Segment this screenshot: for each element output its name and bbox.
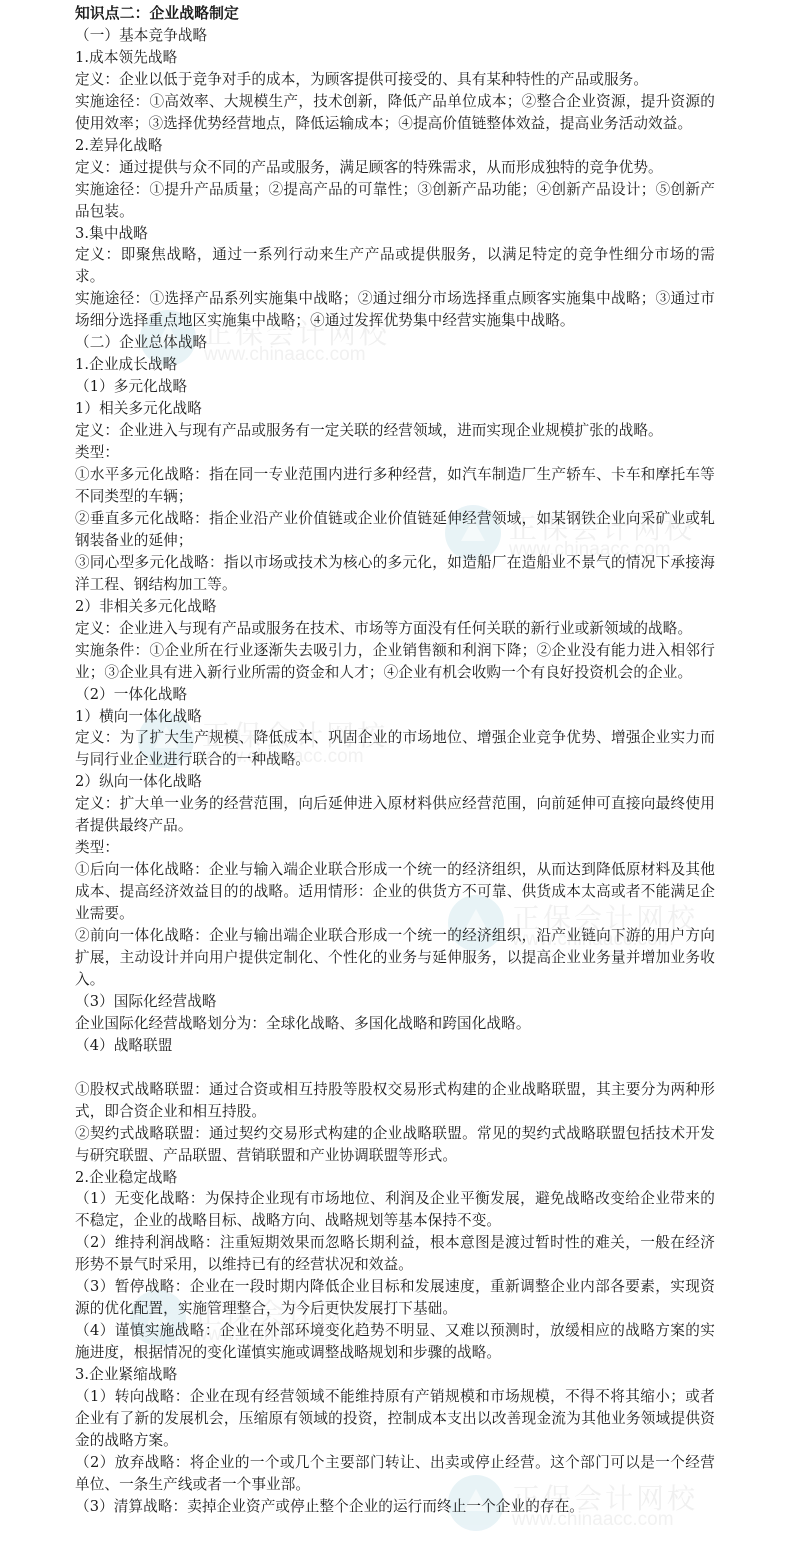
subsection-heading: 2.企业稳定战略 [75, 1167, 715, 1189]
paragraph: 定义：企业进入与现有产品或服务有一定关联的经营领域，进而实现企业规模扩张的战略。 [75, 420, 715, 442]
paragraph: ①水平多元化战略：指在同一专业范围内进行多种经营，如汽车制造厂生产轿车、卡车和摩… [75, 464, 715, 508]
paragraph: ③同心型多元化战略：指以市场或技术为核心的多元化，如造船厂在造船业不景气的情况下… [75, 552, 715, 596]
paragraph: 定义：通过提供与众不同的产品或服务，满足顾客的特殊需求，从而形成独特的竞争优势。 [75, 157, 715, 179]
item-heading: （2）一体化战略 [75, 684, 715, 706]
label: 类型： [75, 837, 715, 859]
subsection-heading: 2.差异化战略 [75, 135, 715, 157]
paragraph: 定义：企业进入与现有产品或服务在技术、市场等方面没有任何关联的新行业或新领域的战… [75, 618, 715, 640]
paragraph: （2）维持利润战略：注重短期效果而忽略长期利益，根本意图是渡过暂时性的难关，一般… [75, 1232, 715, 1276]
subsection-heading: 1.成本领先战略 [75, 47, 715, 69]
blank-line [75, 1057, 715, 1079]
item-heading: 1）横向一体化战略 [75, 706, 715, 728]
paragraph: 实施条件：①企业所在行业逐渐失去吸引力，企业销售额和利润下降；②企业没有能力进入… [75, 640, 715, 684]
paragraph: 定义：为了扩大生产规模、降低成本、巩固企业的市场地位、增强企业竞争优势、增强企业… [75, 727, 715, 771]
item-heading: 2）纵向一体化战略 [75, 771, 715, 793]
item-heading: （3）国际化经营战略 [75, 991, 715, 1013]
paragraph: ①后向一体化战略：企业与输入端企业联合形成一个统一的经济组织，从而达到降低原材料… [75, 859, 715, 925]
subsection-heading: 1.企业成长战略 [75, 354, 715, 376]
section-heading: （一）基本竞争战略 [75, 25, 715, 47]
paragraph: 定义：扩大单一业务的经营范围，向后延伸进入原材料供应经营范围，向前延伸可直接向最… [75, 793, 715, 837]
paragraph: （3）暂停战略：企业在一段时期内降低企业目标和发展速度，重新调整企业内部各要素，… [75, 1276, 715, 1320]
paragraph: （3）清算战略：卖掉企业资产或停止整个企业的运行而终止一个企业的存在。 [75, 1496, 715, 1518]
paragraph: 定义：即聚焦战略，通过一系列行动来生产产品或提供服务，以满足特定的竞争性细分市场… [75, 244, 715, 288]
subsection-heading: 3.集中战略 [75, 223, 715, 245]
paragraph: （4）谨慎实施战略：企业在外部环境变化趋势不明显、又难以预测时，放缓相应的战略方… [75, 1320, 715, 1364]
paragraph: 实施途径：①提升产品质量；②提高产品的可靠性；③创新产品功能；④创新产品设计；⑤… [75, 179, 715, 223]
section-heading: （二）企业总体战略 [75, 332, 715, 354]
paragraph: 实施途径：①选择产品系列实施集中战略；②通过细分市场选择重点顾客实施集中战略；③… [75, 288, 715, 332]
paragraph: ②前向一体化战略：企业与输出端企业联合形成一个统一的经济组织，沿产业链向下游的用… [75, 925, 715, 991]
paragraph: （1）无变化战略：为保持企业现有市场地位、利润及企业平衡发展，避免战略改变给企业… [75, 1188, 715, 1232]
paragraph: ②契约式战略联盟：通过契约交易形式构建的企业战略联盟。常见的契约式战略联盟包括技… [75, 1123, 715, 1167]
label: 类型： [75, 442, 715, 464]
item-heading: （1）多元化战略 [75, 376, 715, 398]
paragraph: ①股权式战略联盟：通过合资或相互持股等股权交易形式构建的企业战略联盟，其主要分为… [75, 1079, 715, 1123]
paragraph: 实施途径：①高效率、大规模生产，技术创新，降低产品单位成本；②整合企业资源，提升… [75, 91, 715, 135]
paragraph: 企业国际化经营战略划分为：全球化战略、多国化战略和跨国化战略。 [75, 1013, 715, 1035]
item-heading: 2）非相关多元化战略 [75, 596, 715, 618]
paragraph: （1）转向战略：企业在现有经营领域不能维持原有产销规模和市场规模，不得不将其缩小… [75, 1386, 715, 1452]
paragraph: （2）放弃战略：将企业的一个或几个主要部门转让、出卖或停止经营。这个部门可以是一… [75, 1452, 715, 1496]
document-title: 知识点二：企业战略制定 [75, 3, 715, 25]
document-body: 知识点二：企业战略制定 （一）基本竞争战略 1.成本领先战略 定义：企业以低于竞… [75, 3, 715, 1518]
item-heading: 1）相关多元化战略 [75, 398, 715, 420]
paragraph: 定义：企业以低于竞争对手的成本，为顾客提供可接受的、具有某种特性的产品或服务。 [75, 69, 715, 91]
subsection-heading: 3.企业紧缩战略 [75, 1364, 715, 1386]
item-heading: （4）战略联盟 [75, 1035, 715, 1057]
paragraph: ②垂直多元化战略：指企业沿产业价值链或企业价值链延伸经营领域，如某钢铁企业向采矿… [75, 508, 715, 552]
